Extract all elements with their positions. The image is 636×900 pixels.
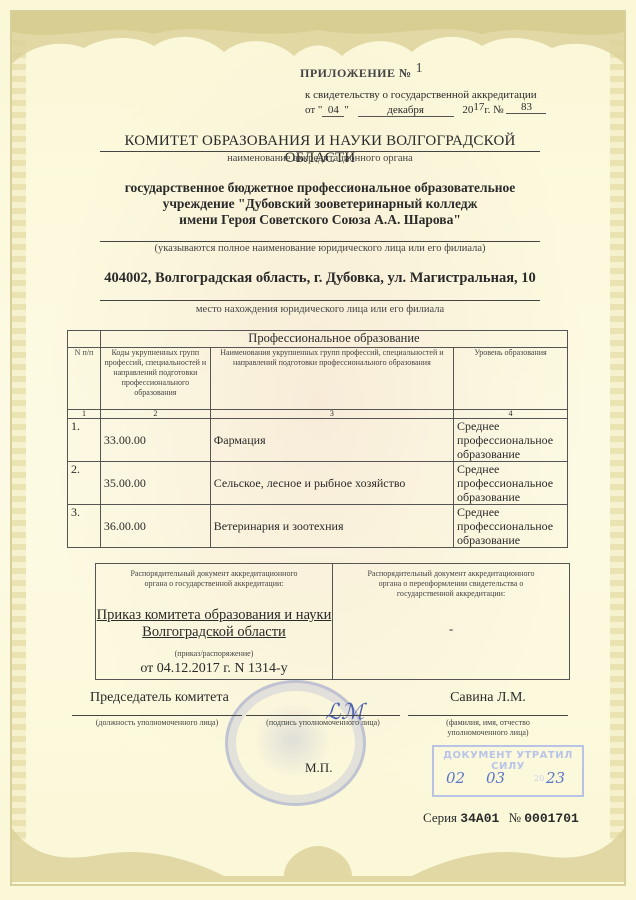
- position-caption: (должность уполномоченного лица): [72, 718, 242, 728]
- year-prefix: 20: [462, 104, 473, 116]
- position-line: [72, 715, 242, 716]
- order-line-2: Волгоградской области: [96, 624, 332, 641]
- legal-address: 404002, Волгоградская область, г. Дубовк…: [60, 270, 580, 287]
- program-name: Сельское, лесное и рыбное хозяйство: [210, 462, 453, 505]
- institution-caption: (указываются полное наименование юридиче…: [100, 243, 540, 254]
- column-header-number: N п/п: [68, 348, 101, 410]
- appendix-title: ПРИЛОЖЕНИЕ №1: [300, 66, 423, 82]
- column-header-code: Коды укрупненных групп профессий, специа…: [100, 348, 210, 410]
- order-line-1: Приказ комитета образования и науки: [96, 607, 332, 624]
- year-suffix: 17: [473, 101, 484, 113]
- form-number: 0001701: [524, 811, 579, 826]
- institution-line-1: государственное бюджетное профессиональн…: [60, 180, 580, 196]
- column-header-level: Уровень образования: [454, 348, 568, 410]
- program-name: Фармация: [210, 419, 453, 462]
- date-month: декабря: [358, 104, 454, 117]
- name-line: [408, 715, 568, 716]
- accreditation-order-cell: Распорядительный документ аккредитационн…: [96, 564, 332, 679]
- column-number: 1: [68, 410, 101, 419]
- expired-year: 23: [546, 769, 565, 787]
- column-header-name: Наименования укрупненных групп профессий…: [210, 348, 453, 410]
- signature-caption: (подпись уполномоченного лица): [246, 718, 400, 728]
- expired-day: 02: [446, 769, 465, 787]
- reissue-order-cell: Распорядительный документ аккредитационн…: [332, 564, 569, 679]
- bottom-ornament: [12, 818, 624, 882]
- column-number: 2: [100, 410, 210, 419]
- education-level: Среднее профессиональное образование: [454, 419, 568, 462]
- certificate-number: 83: [506, 101, 546, 114]
- year-g-label: г. №: [484, 104, 503, 116]
- divider: [100, 300, 540, 301]
- accreditation-order-caption: Распорядительный документ аккредитационн…: [124, 569, 304, 589]
- signatory-name: Савина Л.М.: [408, 690, 568, 706]
- table-title: Профессиональное образование: [100, 331, 567, 348]
- education-level: Среднее профессиональное образование: [454, 505, 568, 548]
- divider: [100, 241, 540, 242]
- row-number: 2.: [68, 462, 101, 505]
- reissue-order-value: -: [333, 621, 569, 637]
- program-code: 35.00.00: [100, 462, 210, 505]
- institution-line-2: учреждение "Дубовский зооветеринарный ко…: [60, 196, 580, 212]
- program-code: 33.00.00: [100, 419, 210, 462]
- table-row: 1. 33.00.00 Фармация Среднее профессиона…: [68, 419, 568, 462]
- series-value: 34А01: [460, 811, 499, 826]
- order-date-number: от 04.12.2017 г. N 1314-у: [96, 661, 332, 677]
- table-row: 2. 35.00.00 Сельское, лесное и рыбное хо…: [68, 462, 568, 505]
- top-ornament: [12, 12, 624, 72]
- appendix-number: 1: [416, 61, 424, 76]
- program-code: 36.00.00: [100, 505, 210, 548]
- series-label: Серия: [423, 810, 457, 825]
- form-series: Серия 34А01 № 0001701: [423, 810, 579, 826]
- orders-box: Распорядительный документ аккредитационн…: [95, 563, 570, 680]
- date-day-suffix: ": [344, 104, 349, 116]
- number-sign: №: [509, 810, 521, 825]
- date-day: 04: [322, 104, 344, 117]
- table-row: 3. 36.00.00 Ветеринария и зоотехния Сред…: [68, 505, 568, 548]
- certificate-reference: к свидетельству о государственной аккред…: [305, 89, 537, 101]
- institution-line-3: имени Героя Советского Союза А.А. Шарова…: [60, 212, 580, 228]
- name-caption: (фамилия, имя, отчество уполномоченного …: [420, 718, 556, 738]
- appendix-label: ПРИЛОЖЕНИЕ №: [300, 66, 412, 80]
- row-number: 3.: [68, 505, 101, 548]
- signatory-position: Председатель комитета: [90, 690, 229, 706]
- education-level: Среднее профессиональное образование: [454, 462, 568, 505]
- signature-line: [246, 715, 400, 716]
- expired-month: 03: [486, 769, 505, 787]
- address-caption: место нахождения юридического лица или е…: [100, 304, 540, 315]
- education-programs-table: Профессиональное образование N п/п Коды …: [67, 330, 568, 548]
- date-prefix: от ": [305, 104, 322, 116]
- divider: [100, 151, 540, 152]
- document-expired-stamp: ДОКУМЕНТ УТРАТИЛ СИЛУ 02 03 20 23: [432, 745, 584, 797]
- organ-caption: наименование аккредитационного органа: [100, 153, 540, 164]
- order-type-caption: (приказ/распоряжение): [96, 649, 332, 659]
- reissue-order-caption: Распорядительный документ аккредитационн…: [359, 569, 543, 599]
- frame-right-pattern: [610, 40, 624, 840]
- seal-place-label: М.П.: [305, 760, 332, 776]
- institution-name: государственное бюджетное профессиональн…: [60, 180, 580, 228]
- row-number: 1.: [68, 419, 101, 462]
- certificate-date: от "04" декабря 2017г. № 83: [305, 104, 565, 117]
- column-number: 3: [210, 410, 453, 419]
- column-number: 4: [454, 410, 568, 419]
- frame-left-pattern: [12, 40, 26, 840]
- program-name: Ветеринария и зоотехния: [210, 505, 453, 548]
- expired-year-prefix: 20: [534, 774, 544, 783]
